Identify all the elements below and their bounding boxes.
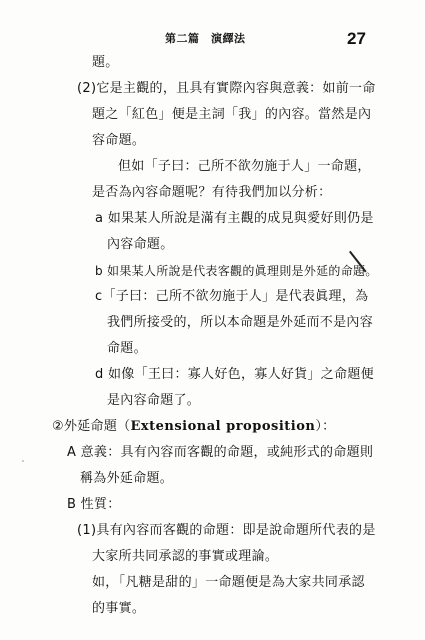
text-line: 大家所共同承認的事實或理論。 [92, 548, 278, 566]
text-line: (2)它是主觀的，且具有實際內容與意義：如前一命 [77, 80, 376, 98]
section-heading-suffix: ）： [315, 419, 335, 434]
page-number: 27 [347, 29, 366, 49]
chapter-header: 第二篇 演繹法 [165, 30, 246, 46]
text-line: 如，「凡糖是甜的」一命題便是為大家共同承認 [92, 574, 365, 592]
text-line: 是內容命題了。 [107, 392, 200, 410]
paper-speck [22, 460, 24, 462]
list-item-c: c「子曰：己所不欲勿施于人」是代表眞理，為 [95, 288, 368, 306]
text-line: 但如「子曰：己所不欲勿施于人」一命題， [118, 158, 371, 176]
section-heading-latin: Extensional proposition [130, 419, 315, 434]
text-line: 內容命題。 [107, 236, 174, 254]
text-line: 我們所接受的，所以本命題是外延而不是內容 [107, 314, 373, 332]
text-line: 稱為外延命題。 [80, 470, 173, 488]
subsection-b: B 性質： [67, 496, 121, 514]
list-item-b: b 如果某人所說是代表客觀的眞理則是外延的命題。 [95, 262, 378, 280]
list-item-a: a 如果某人所說是滿有主觀的成見與愛好則仍是 [95, 210, 374, 228]
text-line: 題。 [92, 54, 119, 72]
text-line: 命題。 [107, 340, 147, 358]
section-heading-prefix: ②外延命題（ [52, 419, 130, 434]
text-line: 是否為內容命題呢？有待我們加以分析： [92, 184, 331, 202]
book-page: 第二篇 演繹法 27 題。 (2)它是主觀的，且具有實際內容與意義：如前一命 題… [0, 0, 425, 640]
list-item-d: d 如像「王曰：寡人好色，寡人好貨」之命題便 [95, 366, 374, 384]
text-line: 的事實。 [92, 600, 145, 618]
text-line: 容命題。 [92, 132, 145, 150]
section-heading-extensional: ②外延命題（Extensional proposition）： [52, 418, 335, 436]
paper-speck [370, 88, 372, 90]
text-line: (1)具有內容而客觀的命題：即是說命題所代表的是 [77, 522, 376, 540]
subsection-a: A 意義：具有內容而客觀的命題，或純形式的命題則 [67, 444, 373, 462]
text-line: 題之「紅色」便是主詞「我」的內容。當然是內 [92, 106, 371, 124]
